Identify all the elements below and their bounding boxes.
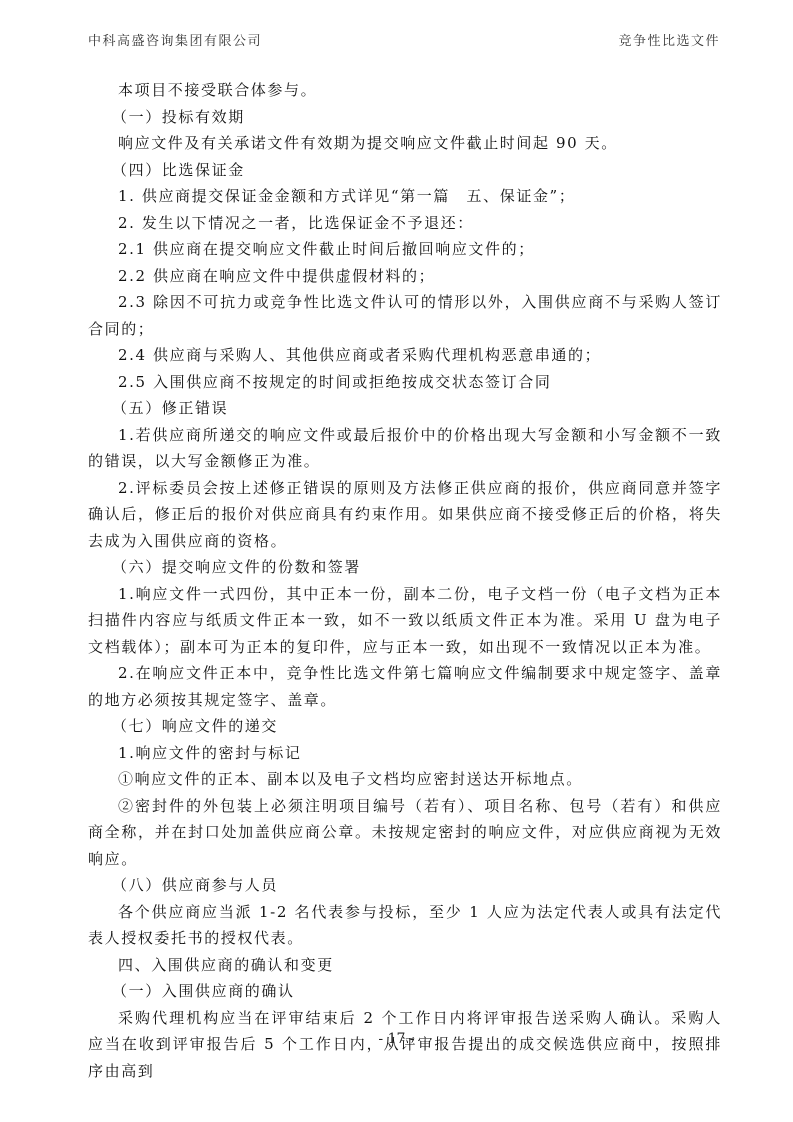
heading-supplier-confirmation: 四、入围供应商的确认和变更 [88, 952, 722, 979]
subheading-submission: （七）响应文件的递交 [88, 713, 722, 740]
paragraph-deposit-2-1: 2.1 供应商在提交响应文件截止时间后撤回响应文件的； [88, 236, 722, 263]
paragraph-deposit-2-5: 2.5 入围供应商不按规定的时间或拒绝按成交状态签订合同 [88, 369, 722, 396]
paragraph-sealing-2: ②密封件的外包装上必须注明项目编号（若有）、项目名称、包号（若有）和供应商全称，… [88, 793, 722, 873]
header-company-name: 中科高盛咨询集团有限公司 [88, 30, 262, 49]
subheading-copies-signing: （六）提交响应文件的份数和签署 [88, 554, 722, 581]
subheading-participants: （八）供应商参与人员 [88, 872, 722, 899]
subheading-confirmation: （一）入围供应商的确认 [88, 978, 722, 1005]
paragraph-deposit-2-4: 2.4 供应商与采购人、其他供应商或者采购代理机构恶意串通的； [88, 342, 722, 369]
paragraph-copies-2: 2.在响应文件正本中，竞争性比选文件第七篇响应文件编制要求中规定签字、盖章的地方… [88, 660, 722, 713]
paragraph-participants: 各个供应商应当派 1-2 名代表参与投标，至少 1 人应为法定代表人或具有法定代… [88, 899, 722, 952]
header-document-type: 竞争性比选文件 [618, 30, 720, 49]
paragraph-sealing-title: 1.响应文件的密封与标记 [88, 740, 722, 767]
subheading-deposit: （四）比选保证金 [88, 157, 722, 184]
paragraph-deposit-2-3: 2.3 除因不可抗力或竞争性比选文件认可的情形以外，入围供应商不与采购人签订合同… [88, 289, 722, 342]
document-body: 本项目不接受联合体参与。 （一）投标有效期 响应文件及有关承诺文件有效期为提交响… [88, 77, 722, 1084]
paragraph-sealing-1: ①响应文件的正本、副本以及电子文档均应密封送达开标地点。 [88, 766, 722, 793]
paragraph-deposit-1: 1. 供应商提交保证金金额和方式详见“第一篇 五、保证金”； [88, 183, 722, 210]
paragraph-validity-period: 响应文件及有关承诺文件有效期为提交响应文件截止时间起 90 天。 [88, 130, 722, 157]
paragraph-correction-1: 1.若供应商所递交的响应文件或最后报价中的价格出现大写金额和小写金额不一致的错误… [88, 422, 722, 475]
paragraph-correction-2: 2.评标委员会按上述修正错误的原则及方法修正供应商的报价，供应商同意并签字确认后… [88, 475, 722, 555]
page-header: 中科高盛咨询集团有限公司 竞争性比选文件 [88, 30, 720, 50]
paragraph-deposit-2-2: 2.2 供应商在响应文件中提供虚假材料的； [88, 263, 722, 290]
subheading-bid-validity: （一）投标有效期 [88, 104, 722, 131]
paragraph-deposit-2: 2. 发生以下情况之一者，比选保证金不予退还： [88, 210, 722, 237]
page-number: - 17 - [0, 1031, 793, 1047]
paragraph-no-consortium: 本项目不接受联合体参与。 [88, 77, 722, 104]
subheading-error-correction: （五）修正错误 [88, 395, 722, 422]
paragraph-copies-1: 1.响应文件一式四份，其中正本一份，副本二份，电子文档一份（电子文档为正本扫描件… [88, 581, 722, 661]
